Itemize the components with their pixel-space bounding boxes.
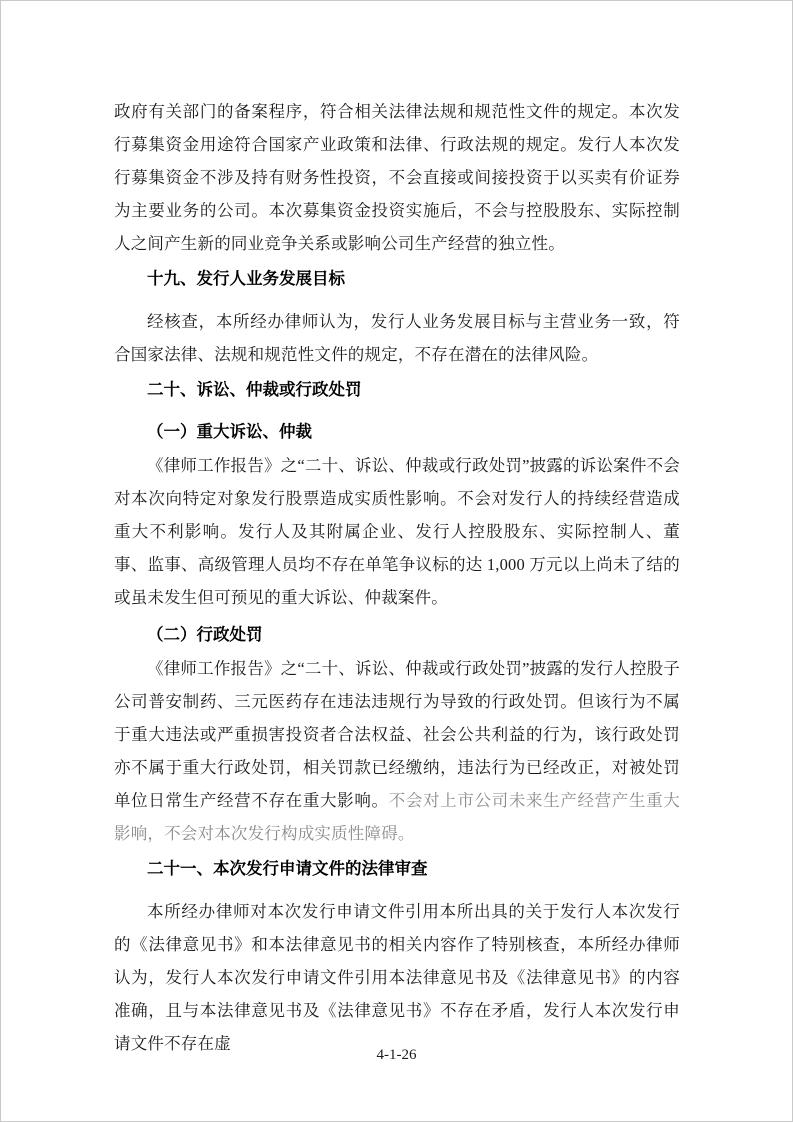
paragraph-20-2-penalty: 《律师工作报告》之“二十、诉讼、仲裁或行政处罚”披露的发行人控股子公司普安制药、…	[114, 652, 680, 850]
paragraph-intro-continuation: 政府有关部门的备案程序，符合相关法律法规和规范性文件的规定。本次发行募集资金用途…	[114, 95, 680, 260]
heading-section-20: 二十、诉讼、仲裁或行政处罚	[114, 374, 680, 407]
heading-section-19: 十九、发行人业务发展目标	[114, 263, 680, 296]
heading-section-21: 二十一、本次发行申请文件的法律审查	[114, 853, 680, 886]
paragraph-20-1-litigation: 《律师工作报告》之“二十、诉讼、仲裁或行政处罚”披露的诉讼案件不会对本次向特定对…	[114, 449, 680, 614]
subheading-20-2-administrative-penalty: （二）行政处罚	[114, 619, 680, 652]
document-content: 政府有关部门的备案程序，符合相关法律法规和规范性文件的规定。本次发行募集资金用途…	[114, 95, 680, 1060]
paragraph-20-2-main-text: 《律师工作报告》之“二十、诉讼、仲裁或行政处罚”披露的发行人控股子公司普安制药、…	[114, 659, 680, 810]
paragraph-section-19: 经核查，本所经办律师认为，发行人业务发展目标与主营业务一致，符合国家法律、法规和…	[114, 305, 680, 371]
subheading-20-1-major-litigation: （一）重大诉讼、仲裁	[114, 416, 680, 449]
document-page: 政府有关部门的备案程序，符合相关法律法规和规范性文件的规定。本次发行募集资金用途…	[0, 0, 793, 1122]
page-number: 4-1-26	[1, 1045, 792, 1065]
paragraph-section-21: 本所经办律师对本次发行申请文件引用本所出具的关于发行人本次发行的《法律意见书》和…	[114, 895, 680, 1060]
